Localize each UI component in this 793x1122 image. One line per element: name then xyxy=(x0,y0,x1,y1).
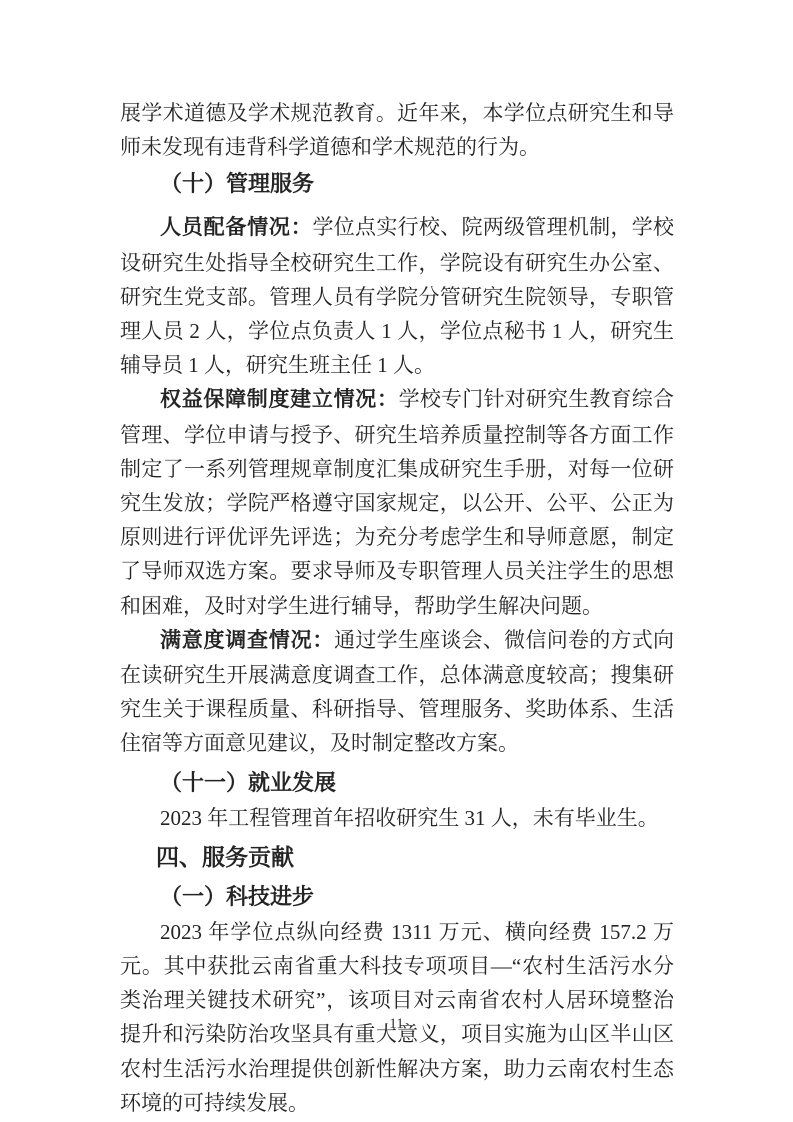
heading-section-11-employment-development: （十一）就业发展 xyxy=(120,765,674,801)
page-content: 展学术道德及学术规范教育。近年来，本学位点研究生和导师未发现有违背科学道德和学术… xyxy=(120,96,674,1120)
paragraph-staffing: 人员配备情况：学位点实行校、院两级管理机制，学校设研究生处指导全校研究生工作，学… xyxy=(120,210,674,382)
rights-protection-label: 权益保障制度建立情况： xyxy=(160,388,399,411)
heading-section-1-tech-progress: （一）科技进步 xyxy=(120,879,674,915)
paragraph-satisfaction-survey: 满意度调查情况：通过学生座谈会、微信问卷的方式向在读研究生开展满意度调查工作，总… xyxy=(120,623,674,761)
heading-chapter-4-service-contribution: 四、服务贡献 xyxy=(120,839,674,875)
employment-text: 2023 年工程管理首年招收研究生 31 人，未有毕业生。 xyxy=(160,806,659,830)
document-page: 展学术道德及学术规范教育。近年来，本学位点研究生和导师未发现有违背科学道德和学术… xyxy=(0,0,793,1122)
rights-protection-text: 学校专门针对研究生教育综合管理、学位申请与授予、研究生培养质量控制等各方面工作制… xyxy=(120,387,674,617)
paragraph-rights-protection: 权益保障制度建立情况：学校专门针对研究生教育综合管理、学位申请与授予、研究生培养… xyxy=(120,382,674,622)
heading-section-10-management-service: （十）管理服务 xyxy=(120,166,674,202)
page-number: 11 xyxy=(0,1016,793,1033)
satisfaction-survey-label: 满意度调查情况： xyxy=(160,629,334,652)
paragraph-academic-ethics-continuation: 展学术道德及学术规范教育。近年来，本学位点研究生和导师未发现有违背科学道德和学术… xyxy=(120,96,674,164)
staffing-label: 人员配备情况： xyxy=(160,216,312,239)
staffing-text: 学位点实行校、院两级管理机制，学校设研究生处指导全校研究生工作，学院设有研究生办… xyxy=(120,215,674,377)
paragraph-employment: 2023 年工程管理首年招收研究生 31 人，未有毕业生。 xyxy=(120,801,674,835)
